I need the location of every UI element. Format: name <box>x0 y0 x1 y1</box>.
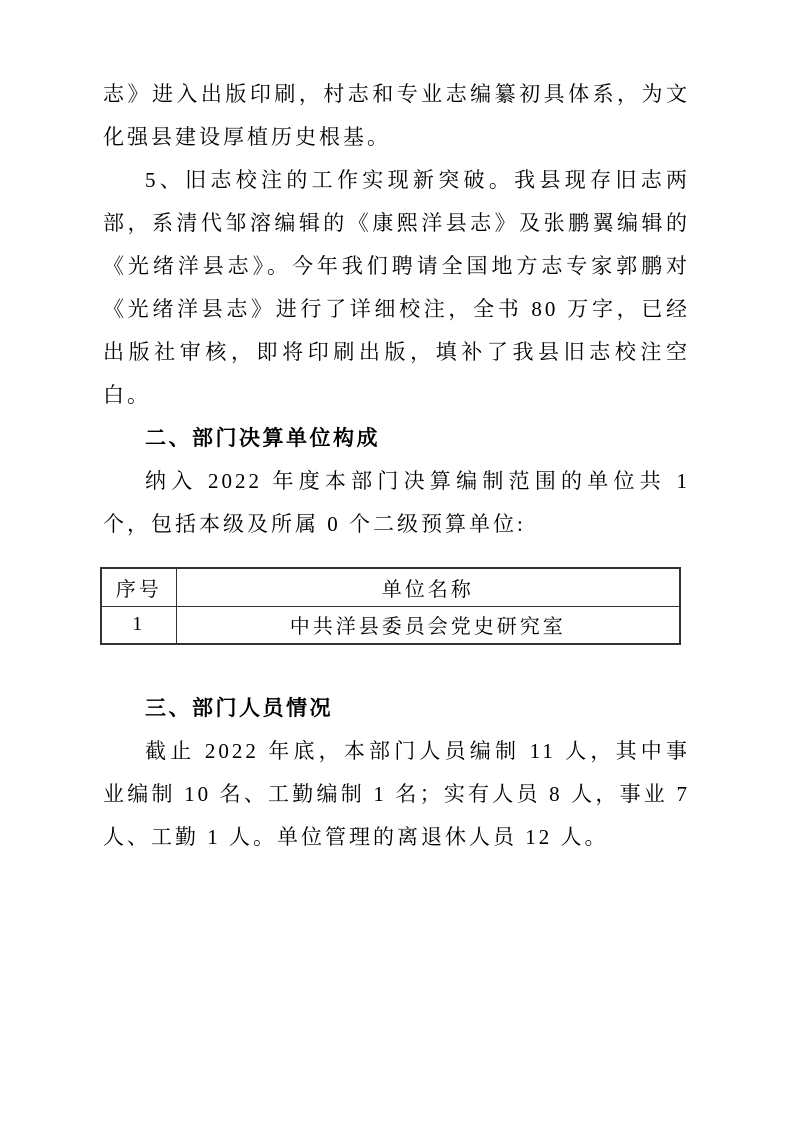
section3-heading: 三、部门人员情况 <box>103 687 690 730</box>
section2-paragraph: 纳入 2022 年度本部门决算编制范围的单位共 1 个，包括本级及所属 0 个二… <box>103 460 690 546</box>
document-page: 志》进入出版印刷，村志和专业志编纂初具体系，为文化强县建设厚植历史根基。 5、旧… <box>0 0 793 1122</box>
unit-table-row: 1 中共洋县委员会党史研究室 <box>101 606 680 644</box>
unit-table-header-index: 序号 <box>101 568 176 606</box>
unit-table-header-name: 单位名称 <box>176 568 680 606</box>
section3-paragraph: 截止 2022 年底，本部门人员编制 11 人，其中事业编制 10 名、工勤编制… <box>103 730 690 859</box>
paragraph-continuation: 志》进入出版印刷，村志和专业志编纂初具体系，为文化强县建设厚植历史根基。 <box>103 73 690 159</box>
unit-table-header-row: 序号 单位名称 <box>101 568 680 606</box>
unit-table: 序号 单位名称 1 中共洋县委员会党史研究室 <box>100 567 681 645</box>
unit-table-cell-name: 中共洋县委员会党史研究室 <box>176 606 680 644</box>
section2-heading: 二、部门决算单位构成 <box>103 417 690 460</box>
unit-table-cell-index: 1 <box>101 606 176 644</box>
paragraph-item5: 5、旧志校注的工作实现新突破。我县现存旧志两部，系清代邹溶编辑的《康熙洋县志》及… <box>103 159 690 417</box>
